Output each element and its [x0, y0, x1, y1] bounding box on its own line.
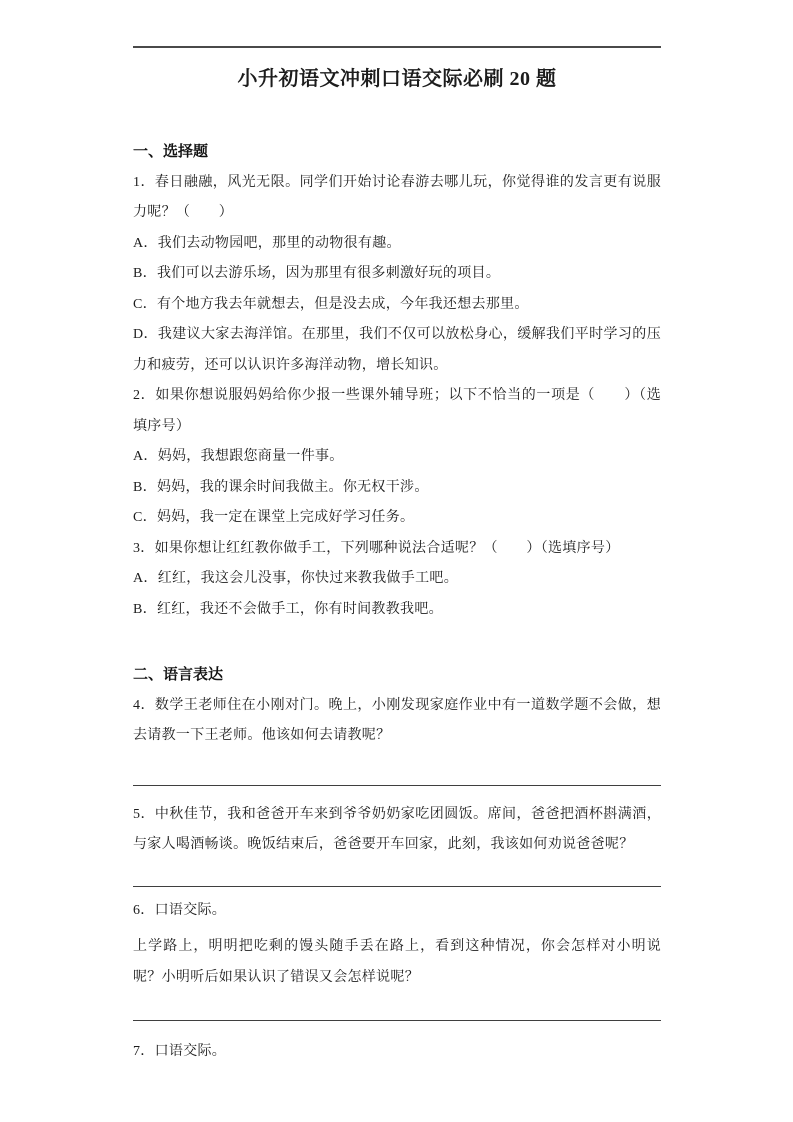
question-1-option-c: C．有个地方我去年就想去，但是没去成，今年我还想去那里。	[133, 290, 661, 321]
answer-blank-line	[133, 886, 661, 887]
page-content: 小升初语文冲刺口语交际必刷 20 题 一、选择题 1．春日融融，风光无限。同学们…	[133, 0, 661, 1068]
question-1-option-d: D．我建议大家去海洋馆。在那里，我们不仅可以放松身心，缓解我们平时学习的压力和疲…	[133, 320, 661, 381]
section-heading-choice: 一、选择题	[133, 137, 661, 168]
header-rule	[133, 46, 661, 48]
question-3-stem: 3．如果你想让红红教你做手工，下列哪种说法合适呢？（ ）（选填序号）	[133, 534, 661, 565]
page-title: 小升初语文冲刺口语交际必刷 20 题	[133, 65, 661, 93]
question-7-label: 7．口语交际。	[133, 1037, 661, 1068]
question-2-stem: 2．如果你想说服妈妈给你少报一些课外辅导班；以下不恰当的一项是（ ）（选填序号）	[133, 381, 661, 442]
question-1-stem: 1．春日融融，风光无限。同学们开始讨论春游去哪儿玩，你觉得谁的发言更有说服力呢？…	[133, 168, 661, 229]
answer-blank-line	[133, 1020, 661, 1021]
question-4-stem: 4．数学王老师住在小刚对门。晚上，小刚发现家庭作业中有一道数学题不会做，想去请教…	[133, 691, 661, 752]
question-5-stem: 5．中秋佳节，我和爸爸开车来到爷爷奶奶家吃团圆饭。席间，爸爸把酒杯斟满酒，与家人…	[133, 800, 661, 861]
section-heading-expression: 二、语言表达	[133, 660, 661, 691]
question-6-label: 6．口语交际。	[133, 896, 661, 927]
question-2-option-c: C．妈妈，我一定在课堂上完成好学习任务。	[133, 503, 661, 534]
question-3-option-b: B．红红，我还不会做手工，你有时间教教我吧。	[133, 595, 661, 626]
question-6-stem: 上学路上，明明把吃剩的馒头随手丢在路上，看到这种情况，你会怎样对小明说呢？小明听…	[133, 932, 661, 993]
question-2-option-a: A．妈妈，我想跟您商量一件事。	[133, 442, 661, 473]
question-2-option-b: B．妈妈，我的课余时间我做主。你无权干涉。	[133, 473, 661, 504]
question-3-option-a: A．红红，我这会儿没事，你快过来教我做手工吧。	[133, 564, 661, 595]
answer-blank-line	[133, 785, 661, 786]
exam-page: 小升初语文冲刺口语交际必刷 20 题 一、选择题 1．春日融融，风光无限。同学们…	[0, 0, 793, 1122]
question-1-option-b: B．我们可以去游乐场，因为那里有很多刺激好玩的项目。	[133, 259, 661, 290]
question-1-option-a: A．我们去动物园吧，那里的动物很有趣。	[133, 229, 661, 260]
